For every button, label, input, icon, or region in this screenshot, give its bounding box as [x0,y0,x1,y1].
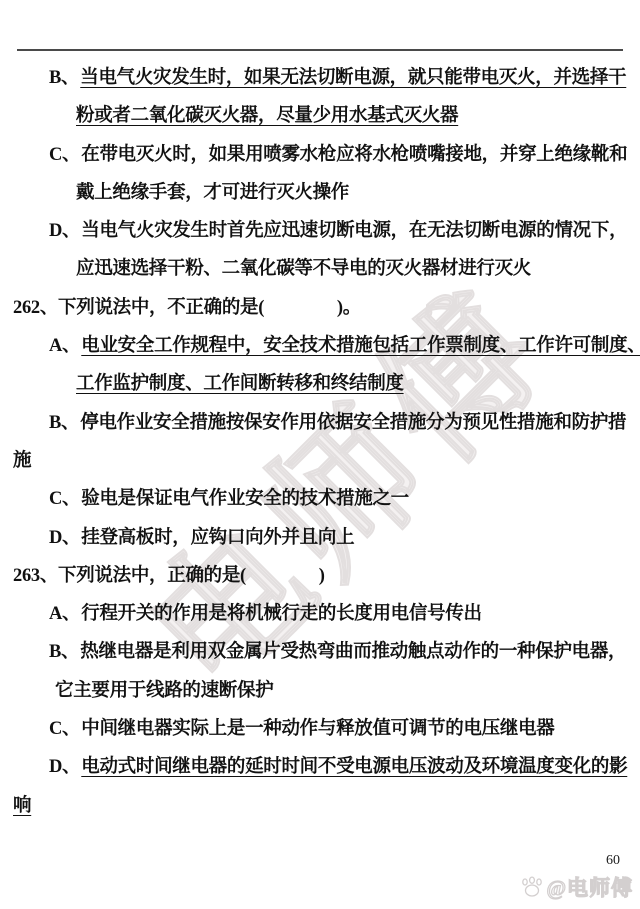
option-text: 当电气火灾发生时，如果无法切断电源，就只能带电灭火，并选择干 [80,68,626,88]
option-letter: C、 [49,489,81,509]
q262-stem: 262、下列说法中，不正确的是( )。 [0,289,640,327]
option-text: 粉或者二氧化碳灭火器，尽量少用水基式灭火器 [76,106,458,126]
option-letter: C、 [49,719,81,739]
option-letter: B、 [49,68,80,88]
q262-option-d: D、挂登高板时，应钩口向外并且向上 [0,519,640,557]
q261-option-d-line2: 应迅速选择干粉、二氧化碳等不导电的灭火器材进行灭火 [0,250,640,288]
option-text: 中间继电器实际上是一种动作与释放值可调节的电压继电器 [81,719,554,739]
q263-option-c: C、中间继电器实际上是一种动作与释放值可调节的电压继电器 [0,710,640,748]
q261-option-d-line1: D、当电气火灾发生时首先应迅速切断电源，在无法切断电源的情况下， [0,212,640,250]
question-stem-text: 262、下列说法中，不正确的是( )。 [13,298,361,318]
q263-option-d-line1: D、电动式时间继电器的延时时间不受电源电压波动及环境温度变化的影 [0,748,640,786]
document-body: B、当电气火灾发生时，如果无法切断电源，就只能带电灭火，并选择干 粉或者二氧化碳… [0,59,640,825]
q261-option-b-line2: 粉或者二氧化碳灭火器，尽量少用水基式灭火器 [0,97,640,135]
document-page: 电师傅 B、当电气火灾发生时，如果无法切断电源，就只能带电灭火，并选择干 粉或者… [0,0,640,909]
q263-stem: 263、下列说法中，正确的是( ) [0,557,640,595]
option-text: 验电是保证电气作业安全的技术措施之一 [81,489,409,509]
option-text: 电业安全工作规程中，安全技术措施包括工作票制度、工作许可制度、 [81,336,640,356]
option-letter: B、 [49,413,80,433]
option-letter: A、 [49,604,81,624]
option-text: 施 [13,451,31,471]
option-text: 戴上绝缘手套，才可进行灭火操作 [76,183,349,203]
option-text: 热继电器是利用双金属片受热弯曲而推动触点动作的一种保护电器， [80,642,626,662]
header-divider-rule [17,49,623,51]
option-text: 应迅速选择干粉、二氧化碳等不导电的灭火器材进行灭火 [76,259,531,279]
q263-option-a: A、行程开关的作用是将机械行走的长度用电信号传出 [0,595,640,633]
q261-option-c-line1: C、在带电灭火时，如果用喷雾水枪应将水枪喷嘴接地，并穿上绝缘靴和 [0,136,640,174]
option-text: 它主要用于线路的速断保护 [55,681,273,701]
option-letter: D、 [49,221,81,241]
option-text: 工作监护制度、工作间断转移和终结制度 [76,374,404,394]
q262-option-a-line2: 工作监护制度、工作间断转移和终结制度 [0,365,640,403]
option-text: 电动式时间继电器的延时时间不受电源电压波动及环境温度变化的影 [81,757,627,777]
q261-option-b-line1: B、当电气火灾发生时，如果无法切断电源，就只能带电灭火，并选择干 [0,59,640,97]
paw-icon [520,876,544,898]
option-text: 在带电灭火时，如果用喷雾水枪应将水枪喷嘴接地，并穿上绝缘靴和 [81,145,627,165]
option-text: 行程开关的作用是将机械行走的长度用电信号传出 [81,604,481,624]
option-letter: D、 [49,528,81,548]
q263-option-d-line2: 响 [0,787,640,825]
footer-watermark-text: @电师傅 [546,872,633,902]
q263-option-b-line2: 它主要用于线路的速断保护 [0,672,640,710]
option-text: 停电作业安全措施按保安作用依据安全措施分为预见性措施和防护措 [80,413,626,433]
q262-option-b-line2: 施 [0,442,640,480]
q262-option-c: C、验电是保证电气作业安全的技术措施之一 [0,480,640,518]
q262-option-b-line1: B、停电作业安全措施按保安作用依据安全措施分为预见性措施和防护措 [0,404,640,442]
q262-option-a-line1: A、电业安全工作规程中，安全技术措施包括工作票制度、工作许可制度、 [0,327,640,365]
question-stem-text: 263、下列说法中，正确的是( ) [13,566,325,586]
q263-option-b-line1: B、热继电器是利用双金属片受热弯曲而推动触点动作的一种保护电器， [0,633,640,671]
page-number: 60 [606,853,620,869]
option-letter: B、 [49,642,80,662]
footer-watermark: @电师傅 [520,872,633,902]
option-text: 响 [13,796,31,816]
option-letter: D、 [49,757,81,777]
option-letter: C、 [49,145,81,165]
option-text: 挂登高板时，应钩口向外并且向上 [81,528,354,548]
q261-option-c-line2: 戴上绝缘手套，才可进行灭火操作 [0,174,640,212]
option-text: 当电气火灾发生时首先应迅速切断电源，在无法切断电源的情况下， [81,221,627,241]
option-letter: A、 [49,336,81,356]
